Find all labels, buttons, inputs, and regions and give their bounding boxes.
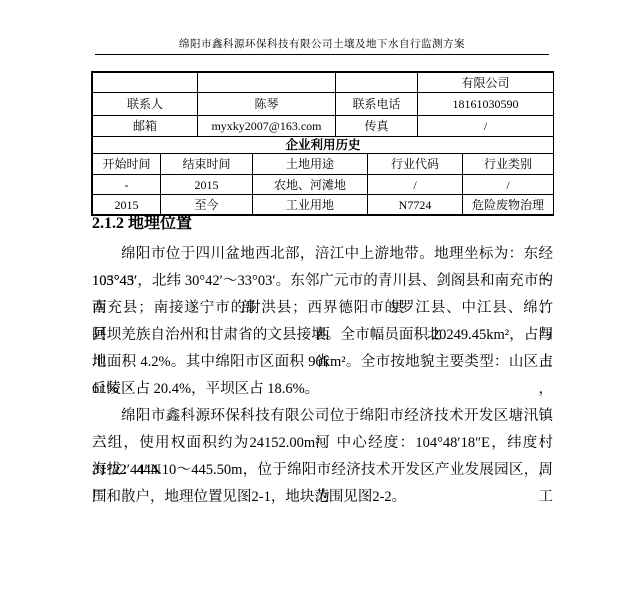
table-row: 有限公司	[93, 73, 554, 93]
paragraph-line: 六组，使用权面积约为24152.00m²。中心经度：104°48′18″E，纬度…	[92, 430, 553, 457]
paragraph-line: 105°43′，北纬 30°42′～33°03′。东邻广元市的青川县、剑阁县和南…	[92, 268, 553, 295]
cell: N7724	[368, 195, 463, 215]
table-header-row: 开始时间 结束时间 土地用途 行业代码 行业类别	[93, 154, 554, 175]
paragraph-line: 西充县；南接遂宁市的射洪县；西界德阳市的罗江县、中江县、绵竹县；西北与	[92, 295, 553, 322]
table-row: 联系人 陈琴 联系电话 18161030590	[93, 93, 554, 116]
cell: 至今	[161, 195, 253, 215]
contact-table: 有限公司 联系人 陈琴 联系电话 18161030590 邮箱 myxky200…	[92, 72, 554, 137]
cell: 农地、河滩地	[253, 175, 368, 195]
header-end-time: 结束时间	[161, 154, 253, 175]
cell-contact-name: 陈琴	[198, 93, 336, 116]
cell: 工业用地	[253, 195, 368, 215]
paragraph-line: 地面积 4.2%。其中绵阳市区面积 90km²。全市按地貌主要类型：山区占 61…	[92, 349, 553, 376]
company-info-table: 有限公司 联系人 陈琴 联系电话 18161030590 邮箱 myxky200…	[91, 71, 554, 216]
cell: 2015	[93, 195, 161, 215]
paragraph-line: 阿坝羌族自治州和甘肃省的文县接壤。全市幅员面积 20249.45km²，占四川省…	[92, 322, 553, 349]
header-land-use: 土地用途	[253, 154, 368, 175]
cell: -	[93, 175, 161, 195]
cell	[198, 73, 336, 93]
table-row: 邮箱 myxky2007@163.com 传真 /	[93, 116, 554, 137]
cell: /	[368, 175, 463, 195]
running-header: 绵阳市鑫科源环保科技有限公司土壤及地下水自行监测方案	[95, 38, 549, 55]
cell-email-value: myxky2007@163.com	[198, 116, 336, 137]
section-heading: 2.1.2 地理位置	[92, 213, 553, 234]
cell	[336, 73, 418, 93]
table-row: 企业利用历史	[93, 137, 554, 154]
header-industry-type: 行业类别	[463, 154, 554, 175]
table-row: - 2015 农地、河滩地 / /	[93, 175, 554, 195]
land-use-history-table: 企业利用历史 开始时间 结束时间 土地用途 行业代码 行业类别 - 2015 农…	[92, 136, 554, 215]
cell-fax-value: /	[418, 116, 554, 137]
document-page: 绵阳市鑫科源环保科技有限公司土壤及地下水自行监测方案 有限公司 联系人 陈琴 联…	[0, 0, 644, 612]
cell-contact-label: 联系人	[93, 93, 198, 116]
paragraph-line: 绵阳市位于四川盆地西北部，涪江中上游地带。地理坐标为：东经 103°45′～	[92, 241, 553, 268]
header-start-time: 开始时间	[93, 154, 161, 175]
cell-phone-number: 18161030590	[418, 93, 554, 116]
cell: 2015	[161, 175, 253, 195]
cell	[93, 73, 198, 93]
cell-email-label: 邮箱	[93, 116, 198, 137]
cell: 危险废物治理	[463, 195, 554, 215]
paragraph-line: 海拔：444.10～445.50m，位于绵阳市经济技术开发区产业发展园区，周围为…	[92, 457, 553, 484]
cell-fax-label: 传真	[336, 116, 418, 137]
section-body: 绵阳市位于四川盆地西北部，涪江中上游地带。地理坐标为：东经 103°45′～ 1…	[92, 241, 553, 511]
cell-phone-label: 联系电话	[336, 93, 418, 116]
paragraph-line: 绵阳市鑫科源环保科技有限公司位于绵阳市经济技术开发区塘汛镇三河村	[92, 403, 553, 430]
cell-company-suffix: 有限公司	[418, 73, 554, 93]
table-row: 2015 至今 工业用地 N7724 危险废物治理	[93, 195, 554, 215]
header-industry-code: 行业代码	[368, 154, 463, 175]
cell: /	[463, 175, 554, 195]
history-title: 企业利用历史	[93, 137, 554, 154]
